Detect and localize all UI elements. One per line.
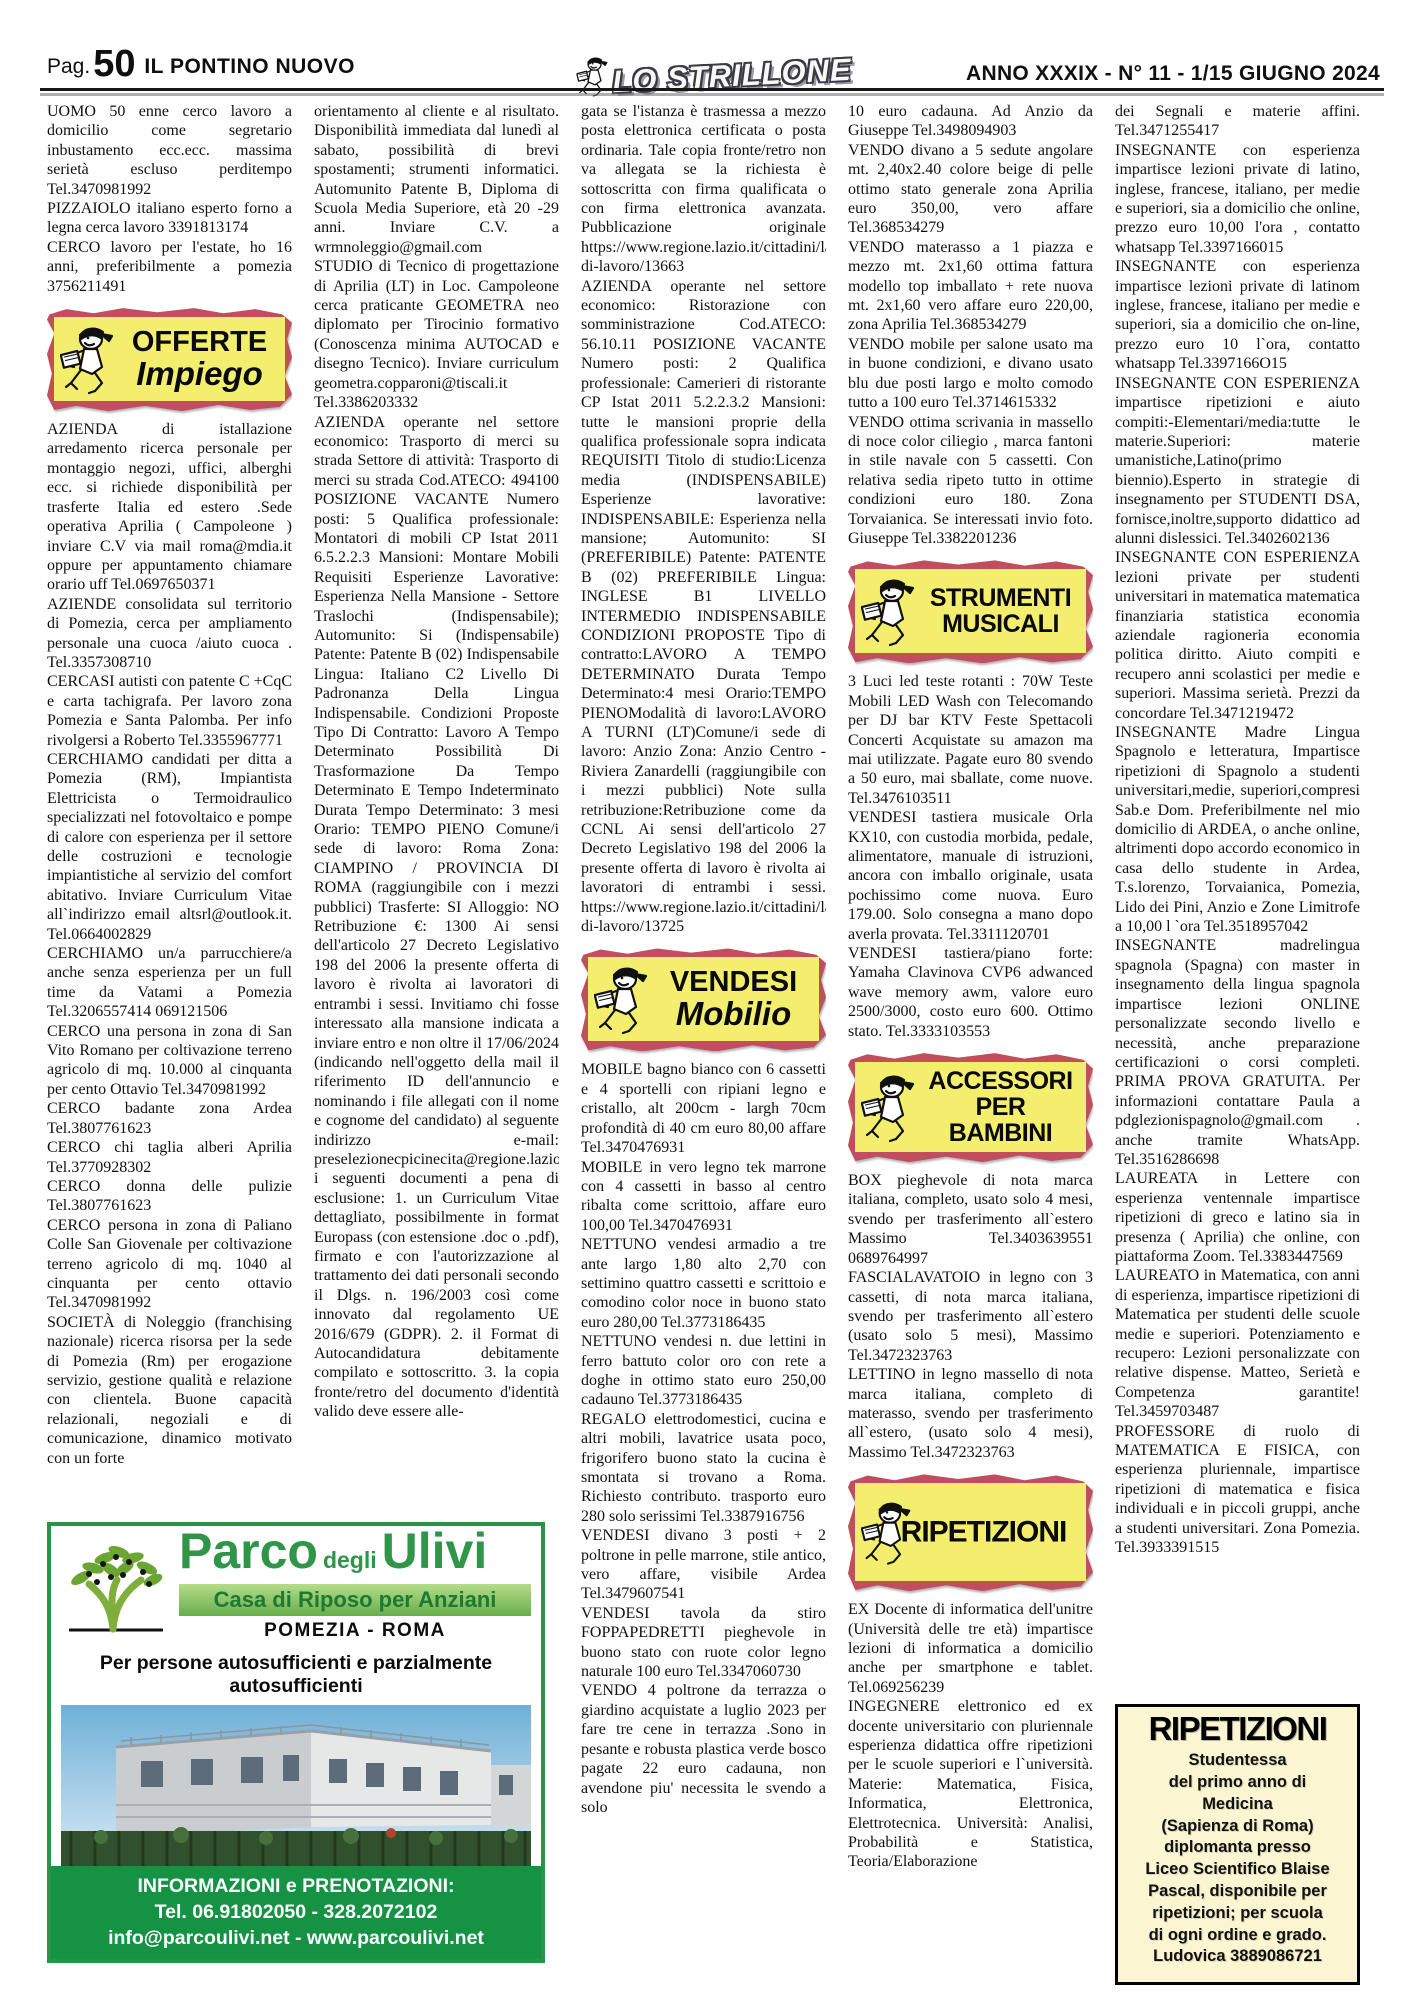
classified-ad: VENDO 4 poltrone da terrazza o giardino … xyxy=(581,1681,826,1817)
classified-ad: BOX pieghevole di nota marca italiana, c… xyxy=(848,1171,1093,1268)
classified-ad: CERCO lavoro per l'estate, ho 16 anni, p… xyxy=(47,238,292,296)
classified-ad: AZIENDA di istallazione arredamento rice… xyxy=(47,420,292,595)
masthead: Pag.50 IL PONTINO NUOVO LO STRILLONE ANN… xyxy=(47,40,1380,86)
classified-ad: VENDESI tastiera musicale Orla KX10, con… xyxy=(848,808,1093,944)
ripetizioni-box-line: Ludovica 3889086721 xyxy=(1122,1946,1353,1968)
column-4: 10 euro cadauna. Ad Anzio da Giuseppe Te… xyxy=(848,102,1093,1978)
banner-title: VENDESI xyxy=(654,967,813,997)
classified-ad: CERCHIAMO un/a parrucchiere/a anche senz… xyxy=(47,944,292,1022)
classified-ad: 10 euro cadauna. Ad Anzio da Giuseppe Te… xyxy=(848,102,1093,141)
logo-text: LO STRILLONE xyxy=(611,52,852,100)
classified-ad: INSEGNANTE CON ESPERIENZA lezioni privat… xyxy=(1115,548,1360,723)
parco-footer: INFORMAZIONI e PRENOTAZIONI: Tel. 06.918… xyxy=(51,1866,541,1959)
ripetizioni-box-ad: RIPETIZIONI Studentessa del primo anno d… xyxy=(1115,1704,1360,1985)
masthead-left: Pag.50 IL PONTINO NUOVO xyxy=(47,43,355,86)
banner-title: STRUMENTI xyxy=(921,585,1080,611)
parco-title: ParcodegliUlivi xyxy=(179,1522,487,1580)
newsboy-icon xyxy=(861,1071,919,1143)
classified-ad: PIZZAIOLO italiano esperto forno a legna… xyxy=(47,199,292,238)
classified-ad: AZIENDA operante nel settore economico: … xyxy=(314,413,559,1422)
ripetizioni-box-line: Studentessa xyxy=(1122,1750,1353,1772)
classified-ad: VENDO ottima scrivania in massello di no… xyxy=(848,413,1093,549)
classified-ad: CERCO persona in zona di Paliano Colle S… xyxy=(47,1216,292,1313)
classified-ad: MOBILE bagno bianco con 6 cassetti e 4 s… xyxy=(581,1060,826,1157)
section-banner-offerte-impiego: OFFERTE Impiego xyxy=(47,307,292,411)
ripetizioni-box-line: Pascal, disponibile per xyxy=(1122,1881,1353,1903)
section-banner-strumenti-musicali: STRUMENTI MUSICALI xyxy=(848,559,1093,663)
parco-footer-line: INFORMAZIONI e PRENOTAZIONI: xyxy=(51,1873,541,1899)
banner-subtitle: MUSICALI xyxy=(921,611,1080,637)
classified-ad: MOBILE in vero legno tek marrone con 4 c… xyxy=(581,1158,826,1236)
parco-footer-line: info@parcoulivi.net - www.parcoulivi.net xyxy=(51,1925,541,1951)
banner-title: RIPETIZIONI xyxy=(901,1516,1067,1549)
classified-ad: CERCO donna delle pulizie Tel.3807761623 xyxy=(47,1177,292,1216)
classified-ad: EX Docente di informatica dell'unitre (U… xyxy=(848,1600,1093,1697)
classified-ad: LAUREATO in Matematica, con anni di espe… xyxy=(1115,1266,1360,1421)
classified-ad: VENDESI divano 3 posti + 2 poltrone in p… xyxy=(581,1526,826,1604)
classified-ad: orientamento al cliente e al risultato. … xyxy=(314,102,559,257)
parco-footer-line: Tel. 06.91802050 - 328.2072102 xyxy=(51,1899,541,1925)
newsboy-icon xyxy=(60,323,118,395)
classified-ad: AZIENDA operante nel settore economico: … xyxy=(581,277,826,937)
parco-ulivi-ad: ParcodegliUlivi Casa di Riposo per Anzia… xyxy=(47,1522,545,1963)
classified-ad: gata se l'istanza è trasmessa a mezzo po… xyxy=(581,102,826,277)
classified-ad: REGALO elettrodomestici, cucina e altri … xyxy=(581,1410,826,1526)
ripetizioni-box-line: Liceo Scientifico Blaise xyxy=(1122,1859,1353,1881)
classified-ad: PROFESSORE di ruolo di MATEMATICA E FISI… xyxy=(1115,1422,1360,1558)
classified-ad: VENDESI tavola da stiro FOPPAPEDRETTI pi… xyxy=(581,1604,826,1682)
parco-location: POMEZIA - ROMA xyxy=(179,1620,531,1642)
parco-title-ulivi: Ulivi xyxy=(382,1523,488,1579)
banner-title: ACCESSORI xyxy=(921,1068,1080,1094)
classified-ad: SOCIETÀ di Noleggio (franchising naziona… xyxy=(47,1313,292,1468)
ripetizioni-box-line: diplomanta presso xyxy=(1122,1837,1353,1859)
section-banner-accessori-bambini: ACCESSORI PER BAMBINI xyxy=(848,1052,1093,1162)
ripetizioni-box-line: Medicina xyxy=(1122,1794,1353,1816)
ripetizioni-box-title: RIPETIZIONI xyxy=(1122,1719,1353,1738)
classified-ad: UOMO 50 enne cerco lavoro a domicilio co… xyxy=(47,102,292,199)
newsboy-icon xyxy=(861,575,919,647)
classified-ad: VENDO materasso a 1 piazza e mezzo mt. 2… xyxy=(848,238,1093,335)
classified-ad: CERCO chi taglia alberi Aprilia Tel.3770… xyxy=(47,1138,292,1177)
classified-ad: NETTUNO vendesi armadio a tre ante largo… xyxy=(581,1235,826,1332)
page-label: Pag. xyxy=(47,55,90,78)
header-rule xyxy=(40,88,1384,91)
classified-ad: INSEGNANTE Madre Lingua Spagnolo e lette… xyxy=(1115,723,1360,936)
classified-ad: NETTUNO vendesi n. due lettini in ferro … xyxy=(581,1332,826,1410)
classified-ad: VENDESI tastiera/piano forte: Yamaha Cla… xyxy=(848,944,1093,1041)
classified-ad: INSEGNANTE con esperienza impartisce lez… xyxy=(1115,141,1360,257)
building-photo xyxy=(61,1705,531,1873)
classified-ad: AZIENDE consolidata sul territorio di Po… xyxy=(47,595,292,673)
classified-ad: dei Segnali e materie affini. Tel.347125… xyxy=(1115,102,1360,141)
parco-title-parco: Parco xyxy=(179,1523,318,1579)
classified-ad: FASCIALAVATOIO in legno con 3 cassetti, … xyxy=(848,1268,1093,1365)
classified-ad: LAUREATA in Lettere con esperienza vente… xyxy=(1115,1169,1360,1266)
classified-ad: INSEGNANTE con esperienza impartisce lez… xyxy=(1115,257,1360,373)
classified-ad: CERCASI autisti con patente C +CqC e car… xyxy=(47,672,292,750)
section-banner-vendesi-mobilio: VENDESI Mobilio xyxy=(581,947,826,1051)
classified-ad: LETTINO in legno massello di nota marca … xyxy=(848,1365,1093,1462)
newspaper-page: Pag.50 IL PONTINO NUOVO LO STRILLONE ANN… xyxy=(0,0,1420,2000)
classified-ad: INSEGNANTE CON ESPERIENZA impartisce rip… xyxy=(1115,374,1360,549)
banner-title: OFFERTE xyxy=(120,327,279,357)
ripetizioni-box-line: ripetizioni; per scuola xyxy=(1122,1903,1353,1925)
lo-strillone-logo: LO STRILLONE xyxy=(576,54,851,98)
column-3: gata se l'istanza è trasmessa a mezzo po… xyxy=(581,102,826,1978)
classified-ad: CERCO una persona in zona di San Vito Ro… xyxy=(47,1022,292,1100)
olive-tree-logo xyxy=(59,1530,171,1636)
banner-subtitle: PER BAMBINI xyxy=(921,1094,1080,1146)
classified-ad: VENDO divano a 5 sedute angolare mt. 2,4… xyxy=(848,141,1093,238)
masthead-title: IL PONTINO NUOVO xyxy=(144,55,355,78)
classified-ad: 3 Luci led teste rotanti : 70W Teste Mob… xyxy=(848,672,1093,808)
classified-ad: CERCHIAMO candidati per ditta a Pomezia … xyxy=(47,750,292,944)
parco-title-degli: degli xyxy=(323,1547,377,1573)
page-number: 50 xyxy=(93,43,135,85)
ripetizioni-box-line: del primo anno di xyxy=(1122,1772,1353,1794)
classified-ad: STUDIO di Tecnico di progettazione di Ap… xyxy=(314,257,559,412)
classified-ad: INGEGNERE elettronico ed ex docente univ… xyxy=(848,1697,1093,1872)
classified-ad: VENDO mobile per salone usato ma in buon… xyxy=(848,335,1093,413)
newsboy-icon xyxy=(594,963,652,1035)
column-5: dei Segnali e materie affini. Tel.347125… xyxy=(1115,102,1360,1985)
parco-subtitle-bar: Casa di Riposo per Anziani xyxy=(179,1584,531,1616)
section-banner-ripetizioni: RIPETIZIONI xyxy=(848,1473,1093,1591)
ripetizioni-box-line: di ogni ordine e grado. xyxy=(1122,1925,1353,1947)
classified-ad: INSEGNANTE madrelingua spagnola (Spagna)… xyxy=(1115,936,1360,1169)
banner-subtitle: Impiego xyxy=(120,357,279,391)
issue-info: ANNO XXXIX - N° 11 - 1/15 GIUGNO 2024 xyxy=(966,62,1380,86)
ripetizioni-box-line: (Sapienza di Roma) xyxy=(1122,1816,1353,1838)
banner-subtitle: Mobilio xyxy=(654,997,813,1031)
parco-tagline: Per persone autosufficienti e parzialmen… xyxy=(53,1652,539,1698)
classified-ad: CERCO badante zona Ardea Tel.3807761623 xyxy=(47,1099,292,1138)
newsboy-icon xyxy=(576,54,610,98)
